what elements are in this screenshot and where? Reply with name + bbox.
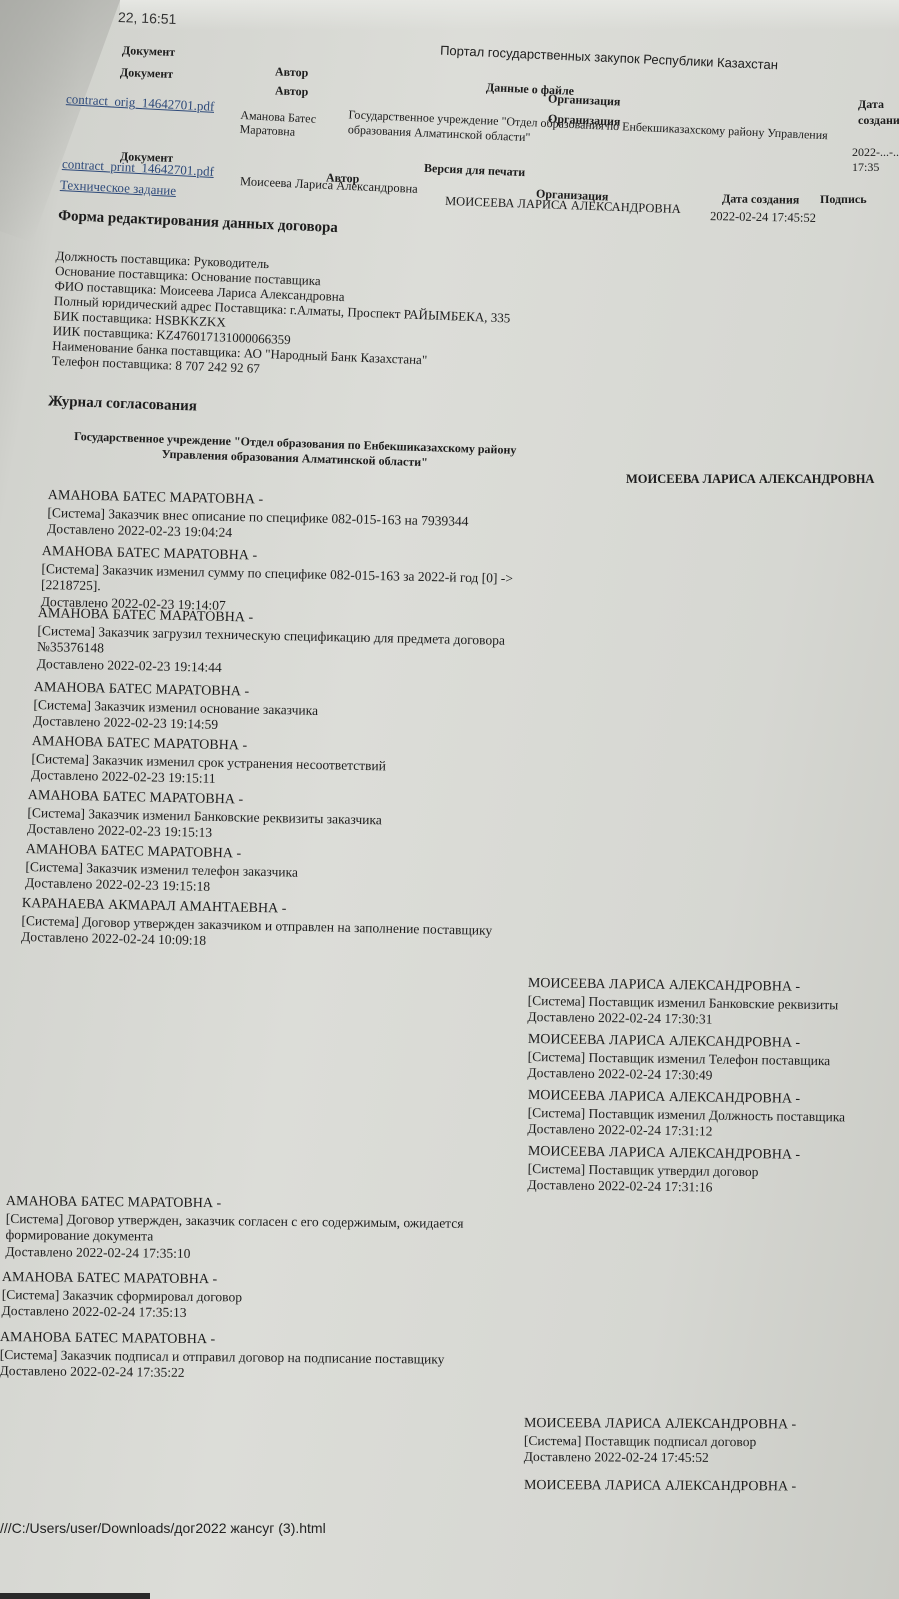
col-organization-header: Организация [548,91,621,109]
journal-entry: МОИСЕЕВА ЛАРИСА АЛЕКСАНДРОВНА -[Система]… [527,1144,899,1199]
journal-entry: АМАНОВА БАТЕС МАРАТОВНА -[Система] Заказ… [27,788,528,848]
col-document-header: Документ [122,43,176,60]
contract-form-title: Форма редактирования данных договора [58,208,338,237]
entry-author: МОИСЕЕВА ЛАРИСА АЛЕКСАНДРОВНА - [524,1478,899,1497]
journal-entry: МОИСЕЕВА ЛАРИСА АЛЕКСАНДРОВНА -[Система]… [524,1416,899,1468]
journal-entry: МОИСЕЕВА ЛАРИСА АЛЕКСАНДРОВНА - [524,1478,899,1497]
print-version-label: Версия для печати [424,161,526,180]
taskbar-edge [0,1593,150,1599]
journal-entry: АМАНОВА БАТЕС МАРАТОВНА -[Система] Заказ… [33,680,534,740]
portal-title: Портал государственных закупок Республик… [440,43,778,73]
journal-entry: АМАНОВА БАТЕС МАРАТОВНА -[Система] Заказ… [1,1270,461,1324]
contract-orig-link[interactable]: contract_orig_14642701.pdf [66,91,215,115]
journal-entry: МОИСЕЕВА ЛАРИСА АЛЕКСАНДРОВНА -[Система]… [527,976,899,1031]
file-created: 2022-...-... 17:35 [852,145,899,175]
contract-form-fields: Должность поставщика: Руководитель Основ… [51,248,512,385]
journal-supplier-header: МОИСЕЕВА ЛАРИСА АЛЕКСАНДРОВНА [626,472,874,487]
entry-delivered: Доставлено 2022-02-24 17:35:13 [1,1303,461,1324]
journal-entry: КАРАНАЕВА АКМАРАЛ АМАНТАЕВНА -[Система] … [21,896,522,956]
entry-delivered: Доставлено 2022-02-24 17:45:52 [524,1449,899,1468]
file-created: 2022-02-24 17:45:52 [710,209,816,226]
journal-entry: АМАНОВА БАТЕС МАРАТОВНА -[Система] Заказ… [31,734,532,794]
col-signature-header: Подпись [820,192,867,207]
file-path: ///C:/Users/user/Downloads/дог2022 жансу… [0,1520,326,1536]
print-time: 22, 16:51 [118,9,177,27]
journal-entry: АМАНОВА БАТЕС МАРАТОВНА -[Система] Заказ… [47,488,548,548]
journal-entry: АМАНОВА БАТЕС МАРАТОВНА -[Система] Догов… [5,1194,466,1265]
journal-entry: МОИСЕЕВА ЛАРИСА АЛЕКСАНДРОВНА -[Система]… [527,1088,899,1143]
entry-delivered: Доставлено 2022-02-24 17:35:10 [5,1243,465,1264]
journal-entry: АМАНОВА БАТЕС МАРАТОВНА -[Система] Заказ… [0,1330,460,1384]
file-organization: МОИСЕЕВА ЛАРИСА АЛЕКСАНДРОВНА [445,194,681,217]
tech-spec-link[interactable]: Техническое задание [60,177,177,199]
col-created-header: Дата создания [858,96,899,128]
entry-author: МОИСЕЕВА ЛАРИСА АЛЕКСАНДРОВНА - [524,1416,899,1435]
page-top-edge [120,0,899,30]
entry-message: [Система] Договор утвержден, заказчик со… [5,1210,465,1248]
journal-entry: АМАНОВА БАТЕС МАРАТОВНА -[Система] Заказ… [37,606,538,682]
page-fold-shadow [0,0,121,243]
journal-entry: МОИСЕЕВА ЛАРИСА АЛЕКСАНДРОВНА -[Система]… [527,1032,899,1087]
col-author-header: Автор [275,64,309,80]
contract-print-link[interactable]: contract_print_14642701.pdf [62,156,215,180]
journal-entry: АМАНОВА БАТЕС МАРАТОВНА -[Система] Заказ… [25,842,526,902]
col-document-header: Документ [120,65,174,82]
journal-title: Журнал согласования [48,393,197,415]
file-author: Моисеева Лариса Александровна [240,174,418,197]
journal-customer-header: Государственное учреждение "Отдел образо… [60,429,531,474]
col-created-header: Дата создания [722,191,800,207]
file-author: Аманова Батес Маратовна [239,108,320,140]
col-author-header: Автор [275,83,309,99]
